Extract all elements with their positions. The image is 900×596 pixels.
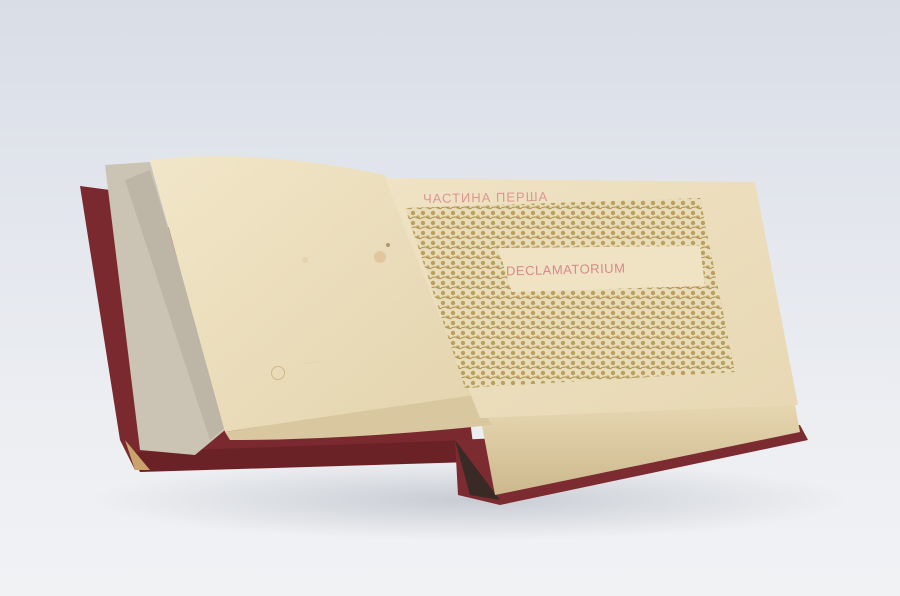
photo-scene: ЧАСТИНА ПЕРША DECLAMATORIUM …… [0,0,900,596]
book-title: DECLAMATORIUM [506,260,626,278]
page-header-text: ЧАСТИНА ПЕРША [423,189,548,206]
book-illustration [0,0,900,596]
publisher-emblem-icon [271,366,285,380]
